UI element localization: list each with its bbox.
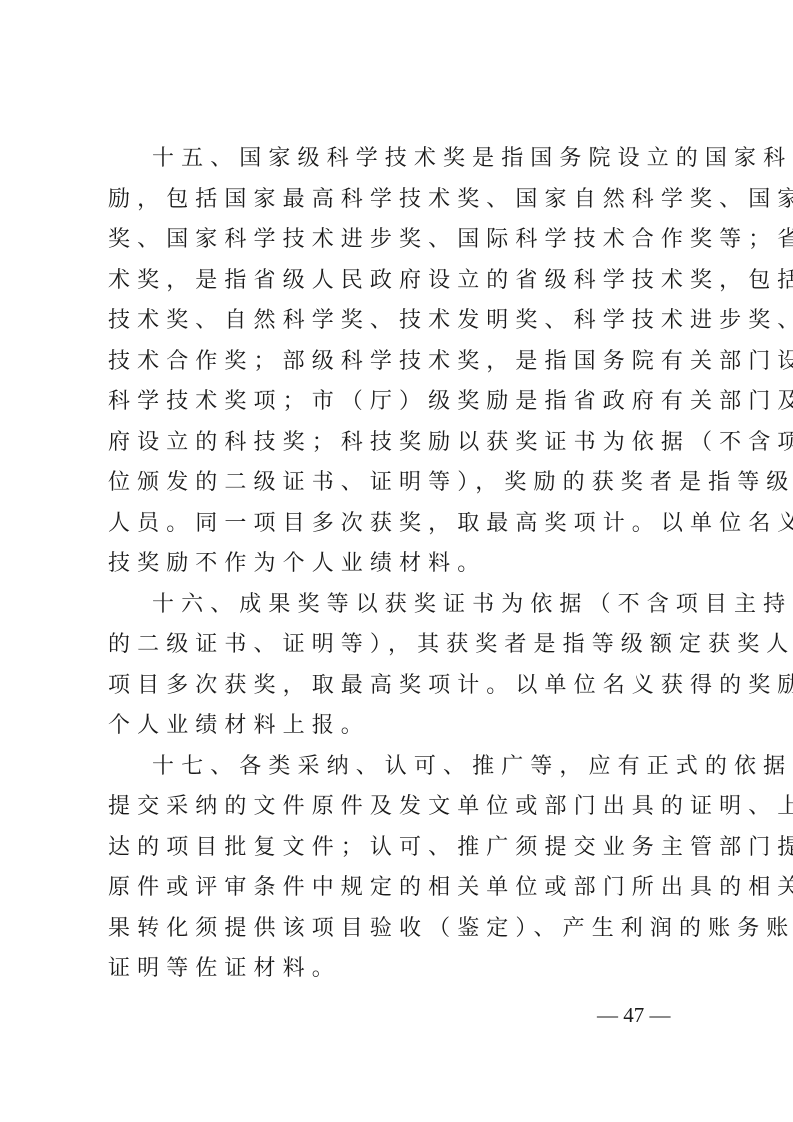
text-line: 原件或评审条件中规定的相关单位或部门所出具的相关证明。成 — [108, 868, 698, 909]
text-line: 的二级证书、证明等），其获奖者是指等级额定获奖人员。同一 — [108, 625, 698, 666]
text-line: 项目多次获奖，取最高奖项计。以单位名义获得的奖励不得作为 — [108, 666, 698, 707]
text-line: 人员。同一项目多次获奖，取最高奖项计。以单位名义获得的科 — [108, 504, 698, 545]
paragraph-section-17: 十七、各类采纳、认可、推广等，应有正式的依据。采纳须 提交采纳的文件原件及发文单… — [108, 747, 698, 990]
text-line: 技奖励不作为个人业绩材料。 — [108, 544, 698, 585]
text-line: 证明等佐证材料。 — [108, 949, 698, 990]
text-line: 十五、国家级科学技术奖是指国务院设立的国家科学技术奖 — [108, 139, 698, 180]
text-line: 果转化须提供该项目验收（鉴定）、产生利润的账务账目、纳税 — [108, 909, 698, 950]
text-line: 十七、各类采纳、认可、推广等，应有正式的依据。采纳须 — [108, 747, 698, 788]
text-line: 府设立的科技奖；科技奖励以获奖证书为依据（不含项目主持单 — [108, 423, 698, 464]
text-line: 达的项目批复文件；认可、推广须提交业务主管部门提供的文件 — [108, 828, 698, 869]
document-body: 十五、国家级科学技术奖是指国务院设立的国家科学技术奖 励，包括国家最高科学技术奖… — [108, 139, 698, 990]
text-line: 励，包括国家最高科学技术奖、国家自然科学奖、国家技术发明 — [108, 180, 698, 221]
text-line: 术奖，是指省级人民政府设立的省级科学技术奖，包括最高科学 — [108, 261, 698, 302]
text-line: 个人业绩材料上报。 — [108, 706, 698, 747]
paragraph-section-15: 十五、国家级科学技术奖是指国务院设立的国家科学技术奖 励，包括国家最高科学技术奖… — [108, 139, 698, 585]
text-line: 十六、成果奖等以获奖证书为依据（不含项目主持单位颁发 — [108, 585, 698, 626]
text-line: 技术合作奖；部级科学技术奖，是指国务院有关部门设立的部级 — [108, 342, 698, 383]
page-number: — 47 — — [597, 1002, 677, 1028]
text-line: 提交采纳的文件原件及发文单位或部门出具的证明、上级部门下 — [108, 787, 698, 828]
text-line: 奖、国家科学技术进步奖、国际科学技术合作奖等；省级科学技 — [108, 220, 698, 261]
text-line: 技术奖、自然科学奖、技术发明奖、科学技术进步奖、国际科学 — [108, 301, 698, 342]
paragraph-section-16: 十六、成果奖等以获奖证书为依据（不含项目主持单位颁发 的二级证书、证明等），其获… — [108, 585, 698, 747]
text-line: 科学技术奖项；市（厅）级奖励是指省政府有关部门及地市级政 — [108, 382, 698, 423]
text-line: 位颁发的二级证书、证明等），奖励的获奖者是指等级额定获奖 — [108, 463, 698, 504]
document-page: 十五、国家级科学技术奖是指国务院设立的国家科学技术奖 励，包括国家最高科学技术奖… — [0, 0, 793, 1122]
